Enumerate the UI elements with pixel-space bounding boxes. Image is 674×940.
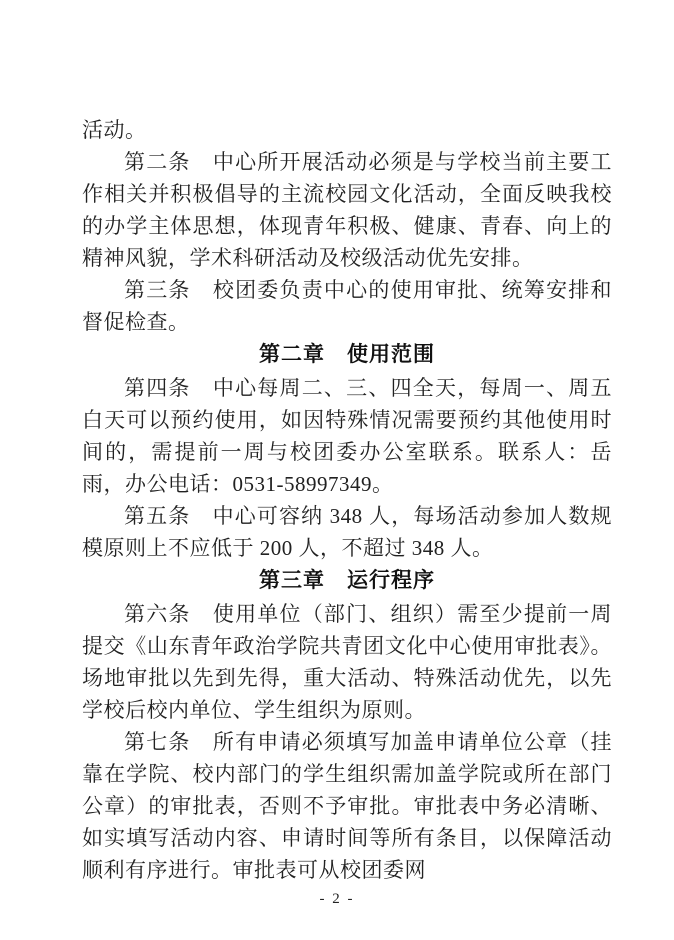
paragraph-article-2: 第二条 中心所开展活动必须是与学校当前主要工作相关并积极倡导的主流校园文化活动，… [82,146,612,274]
paragraph-continuation: 活动。 [82,114,612,146]
document-body: 活动。 第二条 中心所开展活动必须是与学校当前主要工作相关并积极倡导的主流校园文… [82,114,612,886]
paragraph-article-5: 第五条 中心可容纳 348 人，每场活动参加人数规模原则上不应低于 200 人，… [82,500,612,564]
paragraph-article-3: 第三条 校团委负责中心的使用审批、统筹安排和督促检查。 [82,274,612,338]
document-page: 活动。 第二条 中心所开展活动必须是与学校当前主要工作相关并积极倡导的主流校园文… [0,0,674,940]
chapter-heading-3: 第三章 运行程序 [82,565,612,597]
paragraph-article-7: 第七条 所有申请必须填写加盖申请单位公章（挂靠在学院、校内部门的学生组织需加盖学… [82,726,612,886]
paragraph-article-6: 第六条 使用单位（部门、组织）需至少提前一周提交《山东青年政治学院共青团文化中心… [82,598,612,726]
page-number: - 2 - [320,891,355,907]
page-footer: - 2 - [0,890,674,908]
paragraph-article-4: 第四条 中心每周二、三、四全天，每周一、周五白天可以预约使用，如因特殊情况需要预… [82,372,612,500]
chapter-heading-2: 第二章 使用范围 [82,339,612,371]
